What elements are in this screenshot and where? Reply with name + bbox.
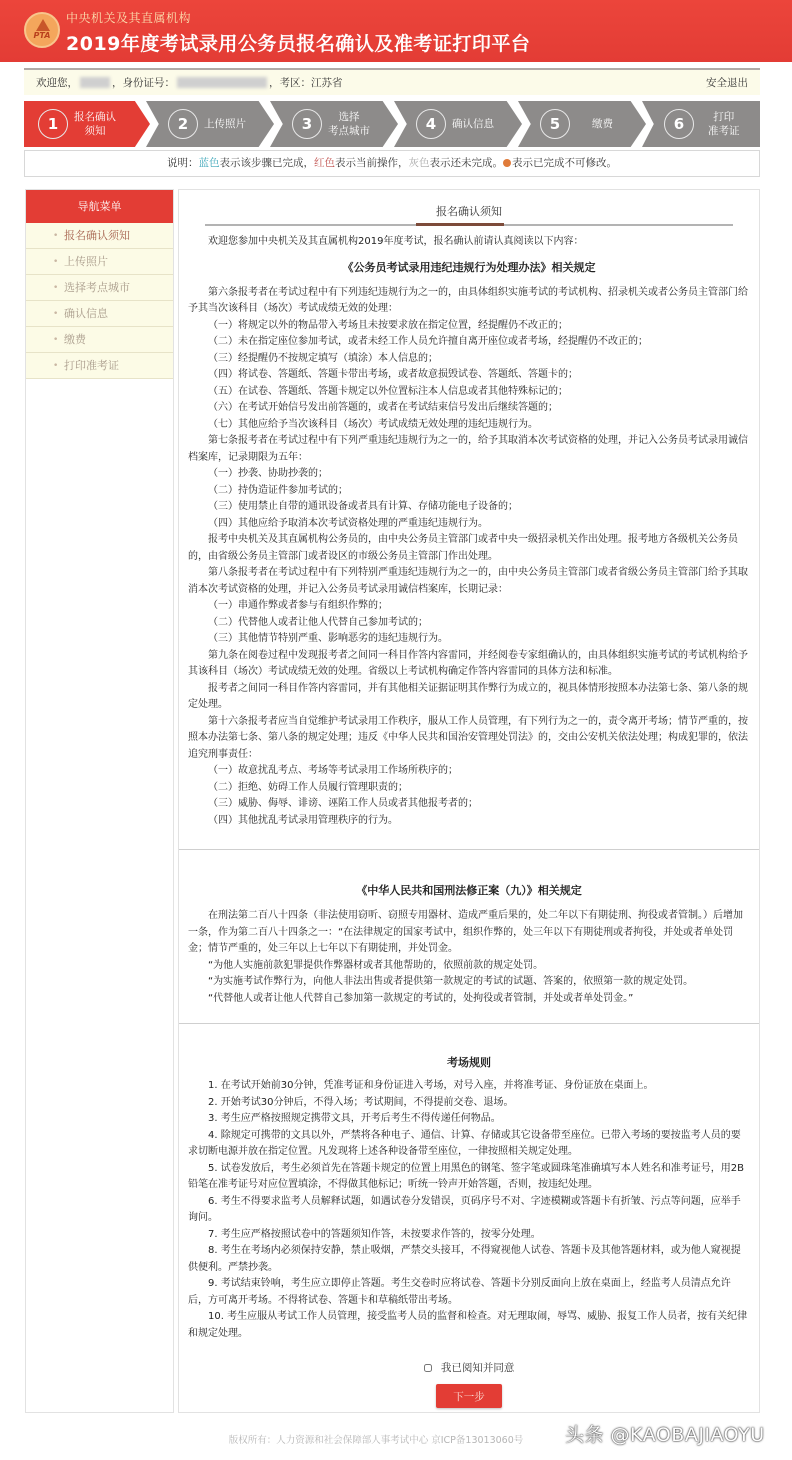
intro-text: 欢迎您参加中央机关及其直属机构2019年度考试，报名确认前请认真阅读以下内容： bbox=[188, 234, 750, 251]
step-label: 确认信息 bbox=[452, 117, 494, 131]
exam-rule: 1. 在考试开始前30分钟，凭准考证和身份证进入考场，对号入座，并将准考证、身份… bbox=[188, 1078, 750, 1095]
list-item: （四）其他应给予取消本次考试资格处理的严重违纪违规行为。 bbox=[188, 516, 750, 533]
article-8: 第八条报考者在考试过程中有下列特别严重违纪违规行为之一的，由中央公务员主管部门或… bbox=[188, 565, 750, 598]
logout-link[interactable]: 安全退出 bbox=[706, 75, 748, 90]
agree-label: 我已阅知并同意 bbox=[441, 1362, 515, 1374]
agree-row: 我已阅知并同意 bbox=[188, 1360, 750, 1375]
list-item: （三）威胁、侮辱、诽谤、诬陷工作人员或者其他报考者的； bbox=[188, 796, 750, 813]
section-title: 考场规则 bbox=[188, 1054, 750, 1070]
sidebar-item-print-admission[interactable]: 打印准考证 bbox=[26, 353, 173, 379]
exam-rule: 2. 开始考试30分钟后，不得入场；考试期间，不得提前交卷、退场。 bbox=[188, 1095, 750, 1112]
sidebar-item-confirm-info[interactable]: 确认信息 bbox=[26, 301, 173, 327]
completed-dot-icon bbox=[503, 159, 511, 167]
pta-logo-icon: PTA bbox=[24, 12, 60, 48]
list-item: （二）持伪造证件参加考试的； bbox=[188, 483, 750, 500]
watermark-text: 头条 @KAOBAJIAOYU bbox=[565, 1420, 765, 1447]
list-item: （一）故意扰乱考点、考场等考试录用工作场所秩序的； bbox=[188, 763, 750, 780]
nav-sidebar: 导航菜单 报名确认须知 上传照片 选择考点城市 确认信息 缴费 打印准考证 bbox=[25, 189, 174, 1413]
exam-rule: 5. 试卷发放后，考生必须首先在答题卡规定的位置上用黑色的钢笔、签字笔或圆珠笔准… bbox=[188, 1161, 750, 1194]
exam-rule: 9. 考试结束铃响，考生应立即停止答题。考生交卷时应将试卷、答题卡分别反面向上放… bbox=[188, 1276, 750, 1309]
legend-gray-desc: 表示还未完成。 bbox=[430, 157, 504, 169]
exam-rule: 8. 考生在考场内必须保持安静，禁止吸烟，严禁交头接耳，不得窥视他人试卷、答题卡… bbox=[188, 1243, 750, 1276]
article-9-note: 报考者之间同一科目作答内容雷同，并有其他相关证据证明其作弊行为成立的，视具体情形… bbox=[188, 681, 750, 714]
article-7: 第七条报考者在考试过程中有下列严重违纪违规行为之一的，给予其取消本次考试资格的处… bbox=[188, 433, 750, 466]
list-item: （一）串通作弊或者参与有组织作弊的； bbox=[188, 598, 750, 615]
exam-rule: 7. 考生应严格按照试卷中的答题须知作答，未按要求作答的，按零分处理。 bbox=[188, 1227, 750, 1244]
step-number: 4 bbox=[416, 109, 446, 139]
exam-rule: 3. 考生应严格按照规定携带文具，开考后考生不得传递任何物品。 bbox=[188, 1111, 750, 1128]
article-9: 第九条在阅卷过程中发现报考者之间同一科目作答内容雷同，并经阅卷专家组确认的，由具… bbox=[188, 648, 750, 681]
criminal-law-text: 在刑法第二百八十四条（非法使用窃听、窃照专用器材、造成严重后果的，处二年以下有期… bbox=[188, 908, 750, 958]
list-item: （一）将规定以外的物品带入考场且未按要求放在指定位置，经提醒仍不改正的； bbox=[188, 318, 750, 335]
legend-red: 红色 bbox=[314, 157, 335, 169]
step-2: 2 上传照片 bbox=[146, 101, 274, 147]
legend-blue: 蓝色 bbox=[199, 157, 220, 169]
title-divider bbox=[205, 224, 733, 226]
exam-rule: 4. 除规定可携带的文具以外，严禁将各种电子、通信、计算、存储或其它设备带至座位… bbox=[188, 1128, 750, 1161]
criminal-law-text: “为他人实施前款犯罪提供作弊器材或者其他帮助的，依照前款的规定处罚。 bbox=[188, 958, 750, 975]
step-6: 6 打印 准考证 bbox=[642, 101, 760, 147]
redacted-id-number bbox=[177, 77, 267, 88]
id-label: ，身份证号： bbox=[112, 75, 175, 90]
site-header: PTA 中央机关及其直属机构 2019年度考试录用公务员报名确认及准考证打印平台 bbox=[0, 0, 792, 62]
list-item: （七）其他应给予当次该科目（场次）考试成绩无效处理的违纪违规行为。 bbox=[188, 417, 750, 434]
sidebar-item-payment[interactable]: 缴费 bbox=[26, 327, 173, 353]
progress-steps: 1 报名确认 须知 2 上传照片 3 选择 考点城市 4 确认信息 5 缴费 6… bbox=[24, 101, 760, 147]
page-title: 报名确认须知 bbox=[188, 190, 750, 224]
legend-gray: 灰色 bbox=[409, 157, 430, 169]
step-label: 上传照片 bbox=[204, 117, 246, 131]
step-4: 4 确认信息 bbox=[394, 101, 522, 147]
list-item: （四）其他扰乱考试录用管理秩序的行为。 bbox=[188, 813, 750, 830]
step-5: 5 缴费 bbox=[518, 101, 646, 147]
section-title: 《中华人民共和国刑法修正案（九）》相关规定 bbox=[188, 882, 750, 898]
sidebar-title: 导航菜单 bbox=[26, 190, 173, 223]
step-number: 1 bbox=[38, 109, 68, 139]
step-number: 3 bbox=[292, 109, 322, 139]
step-label: 选择 考点城市 bbox=[328, 110, 370, 138]
exam-rule: 6. 考生不得要求监考人员解释试题，如遇试卷分发错误，页码序号不对、字迹模糊或答… bbox=[188, 1194, 750, 1227]
redacted-name bbox=[80, 77, 110, 88]
sidebar-item-notice[interactable]: 报名确认须知 bbox=[26, 223, 173, 249]
step-number: 6 bbox=[664, 109, 694, 139]
legend-blue-desc: 表示该步骤已完成， bbox=[220, 157, 315, 169]
user-info-bar: 欢迎您， ，身份证号： ，考区：江苏省 安全退出 bbox=[24, 68, 760, 95]
criminal-law-text: “代替他人或者让他人代替自己参加第一款规定的考试的，处拘役或者管制，并处或者单处… bbox=[188, 991, 750, 1008]
next-step-button[interactable]: 下一步 bbox=[436, 1384, 502, 1408]
list-item: （三）其他情节特别严重、影响恶劣的违纪违规行为。 bbox=[188, 631, 750, 648]
list-item: （三）使用禁止自带的通讯设备或者具有计算、存储功能电子设备的； bbox=[188, 499, 750, 516]
list-item: （一）抄袭、协助抄袭的； bbox=[188, 466, 750, 483]
section-title: 《公务员考试录用违纪违规行为处理办法》相关规定 bbox=[188, 259, 750, 275]
list-item: （六）在考试开始信号发出前答题的，或者在考试结束信号发出后继续答题的； bbox=[188, 400, 750, 417]
welcome-label: 欢迎您， bbox=[36, 75, 78, 90]
article-16: 第十六条报考者应当自觉维护考试录用工作秩序，服从工作人员管理，有下列行为之一的，… bbox=[188, 714, 750, 764]
main-content: 报名确认须知 欢迎您参加中央机关及其直属机构2019年度考试，报名确认前请认真阅… bbox=[178, 189, 760, 1413]
list-item: （二）未在指定座位参加考试，或者未经工作人员允许擅自离开座位或者考场，经提醒仍不… bbox=[188, 334, 750, 351]
region-label: ，考区：江苏省 bbox=[269, 75, 343, 90]
list-item: （五）在试卷、答题纸、答题卡规定以外位置标注本人信息或者其他特殊标记的； bbox=[188, 384, 750, 401]
header-subtitle: 中央机关及其直属机构 bbox=[66, 9, 191, 26]
header-title: 2019年度考试录用公务员报名确认及准考证打印平台 bbox=[66, 29, 530, 56]
exam-rule: 10. 考生应服从考试工作人员管理，接受监考人员的监督和检查。对无理取闹，辱骂、… bbox=[188, 1309, 750, 1342]
list-item: （二）代替他人或者让他人代替自己参加考试的； bbox=[188, 615, 750, 632]
sidebar-item-upload-photo[interactable]: 上传照片 bbox=[26, 249, 173, 275]
article-7-note: 报考中央机关及其直属机构公务员的，由中央公务员主管部门或者中央一级招录机关作出处… bbox=[188, 532, 750, 565]
legend-red-desc: 表示当前操作， bbox=[335, 157, 409, 169]
list-item: （三）经提醒仍不按规定填写（填涂）本人信息的； bbox=[188, 351, 750, 368]
legend-dot-desc: 表示已完成不可修改。 bbox=[512, 157, 617, 169]
step-legend: 说明：蓝色表示该步骤已完成，红色表示当前操作，灰色表示还未完成。表示已完成不可修… bbox=[24, 150, 760, 177]
step-number: 5 bbox=[540, 109, 570, 139]
article-6: 第六条报考者在考试过程中有下列违纪违规行为之一的，由具体组织实施考试的考试机构、… bbox=[188, 285, 750, 318]
criminal-law-text: “为实施考试作弊行为，向他人非法出售或者提供第一款规定的考试的试题、答案的，依照… bbox=[188, 974, 750, 991]
sidebar-item-select-city[interactable]: 选择考点城市 bbox=[26, 275, 173, 301]
agree-checkbox[interactable] bbox=[424, 1364, 432, 1372]
step-3: 3 选择 考点城市 bbox=[270, 101, 398, 147]
list-item: （四）将试卷、答题纸、答题卡带出考场，或者故意损毁试卷、答题纸、答题卡的； bbox=[188, 367, 750, 384]
step-label: 打印 准考证 bbox=[708, 110, 740, 138]
step-label: 缴费 bbox=[592, 117, 613, 131]
step-label: 报名确认 须知 bbox=[74, 110, 116, 138]
step-number: 2 bbox=[168, 109, 198, 139]
list-item: （二）拒绝、妨碍工作人员履行管理职责的； bbox=[188, 780, 750, 797]
legend-prefix: 说明： bbox=[167, 157, 199, 169]
step-1: 1 报名确认 须知 bbox=[24, 101, 150, 147]
